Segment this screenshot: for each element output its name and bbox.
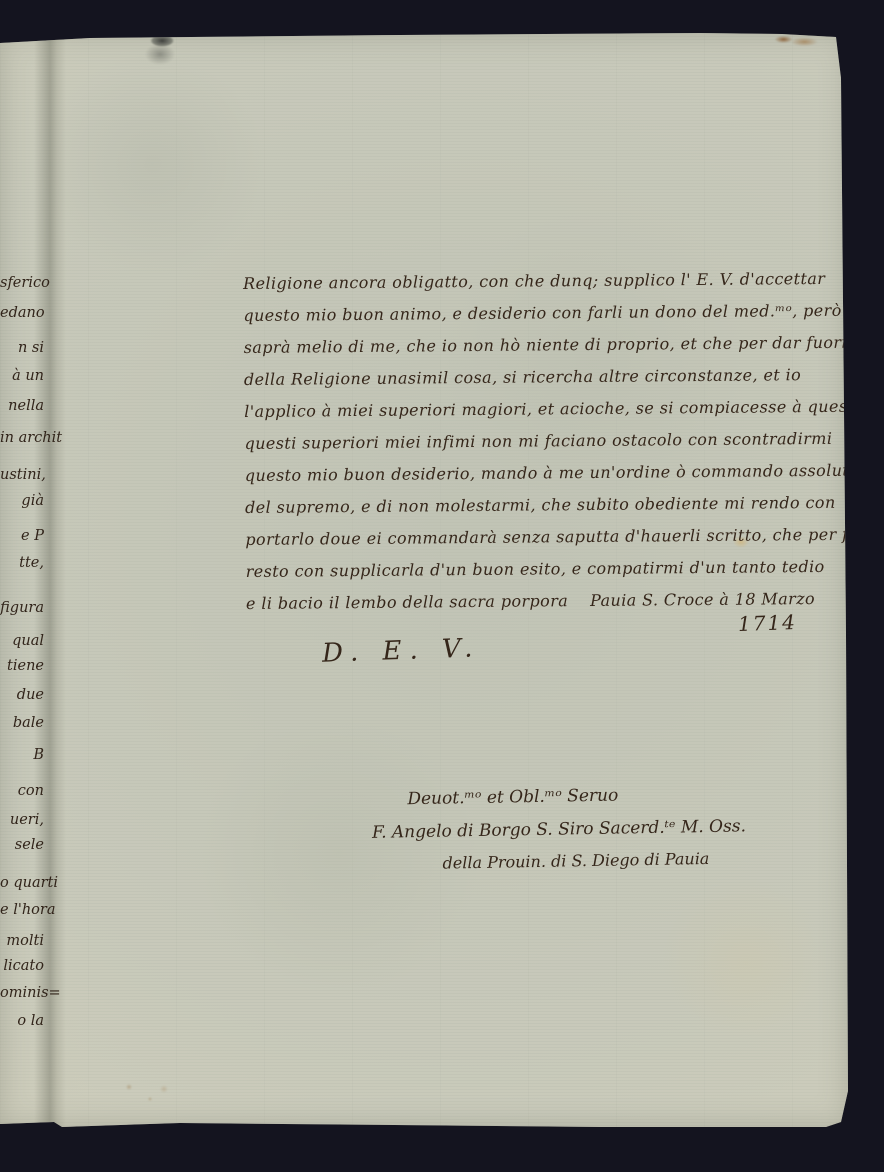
left-page-fragment: e l'hora: [0, 902, 44, 918]
left-page-fragment: sele: [0, 837, 44, 853]
letter-body-text: Religione ancora obligatto, con che dunq…: [243, 263, 875, 620]
left-page-fragment: con: [0, 783, 44, 799]
left-page-fragment: sferico: [0, 275, 44, 291]
ink-smudge-stain: [138, 35, 182, 67]
left-page-fragment: e P: [0, 528, 44, 544]
left-page-fragment: n si: [0, 340, 44, 356]
left-page-fragment: bale: [0, 715, 44, 731]
left-page-fragment: ominis=: [0, 985, 44, 1001]
left-page-fragment: ustini,: [0, 467, 44, 483]
left-page-fragment: tiene: [0, 658, 44, 674]
left-page-fragment: due: [0, 687, 44, 703]
left-page-fragment: licato: [0, 958, 44, 974]
letter-date-year: 1714: [738, 610, 798, 636]
left-page-fragment: o quarti: [0, 875, 44, 891]
rust-stain: [768, 33, 820, 49]
left-page-fragment: tte,: [0, 555, 44, 571]
left-page-fragment: o la: [0, 1013, 44, 1029]
left-page-fragment: in archit: [0, 430, 44, 446]
manuscript-page: sfericoedanon sià unnellain architustini…: [0, 33, 848, 1127]
left-page-fragment: B: [0, 747, 44, 763]
valediction-initials: D. E. V.: [322, 633, 481, 669]
left-page-line-fragments: sfericoedanon sià unnellain architustini…: [0, 33, 46, 1127]
left-page-fragment: à un: [0, 368, 44, 384]
signature-province: della Prouin. di S. Diego di Pauia: [442, 849, 709, 873]
left-page-fragment: nella: [0, 398, 44, 414]
photo-background: sfericoedanon sià unnellain architustini…: [0, 0, 884, 1172]
left-page-fragment: figura: [0, 600, 44, 616]
foxing-spots: [108, 1075, 178, 1115]
left-page-fragment: molti: [0, 933, 44, 949]
left-page-fragment: ueri,: [0, 812, 44, 828]
signature-block: Deuot.ᵐᵒ et Obl.ᵐᵒ Seruo F. Angelo di Bo…: [0, 26, 834, 41]
signature-honorific: Deuot.ᵐᵒ et Obl.ᵐᵒ Seruo: [407, 786, 618, 810]
signature-name: F. Angelo di Borgo S. Siro Sacerd.ᵗᵉ M. …: [372, 816, 746, 843]
left-page-fragment: qual: [0, 633, 44, 649]
left-page-fragment: edano: [0, 305, 44, 321]
left-page-fragment: già: [0, 493, 44, 509]
